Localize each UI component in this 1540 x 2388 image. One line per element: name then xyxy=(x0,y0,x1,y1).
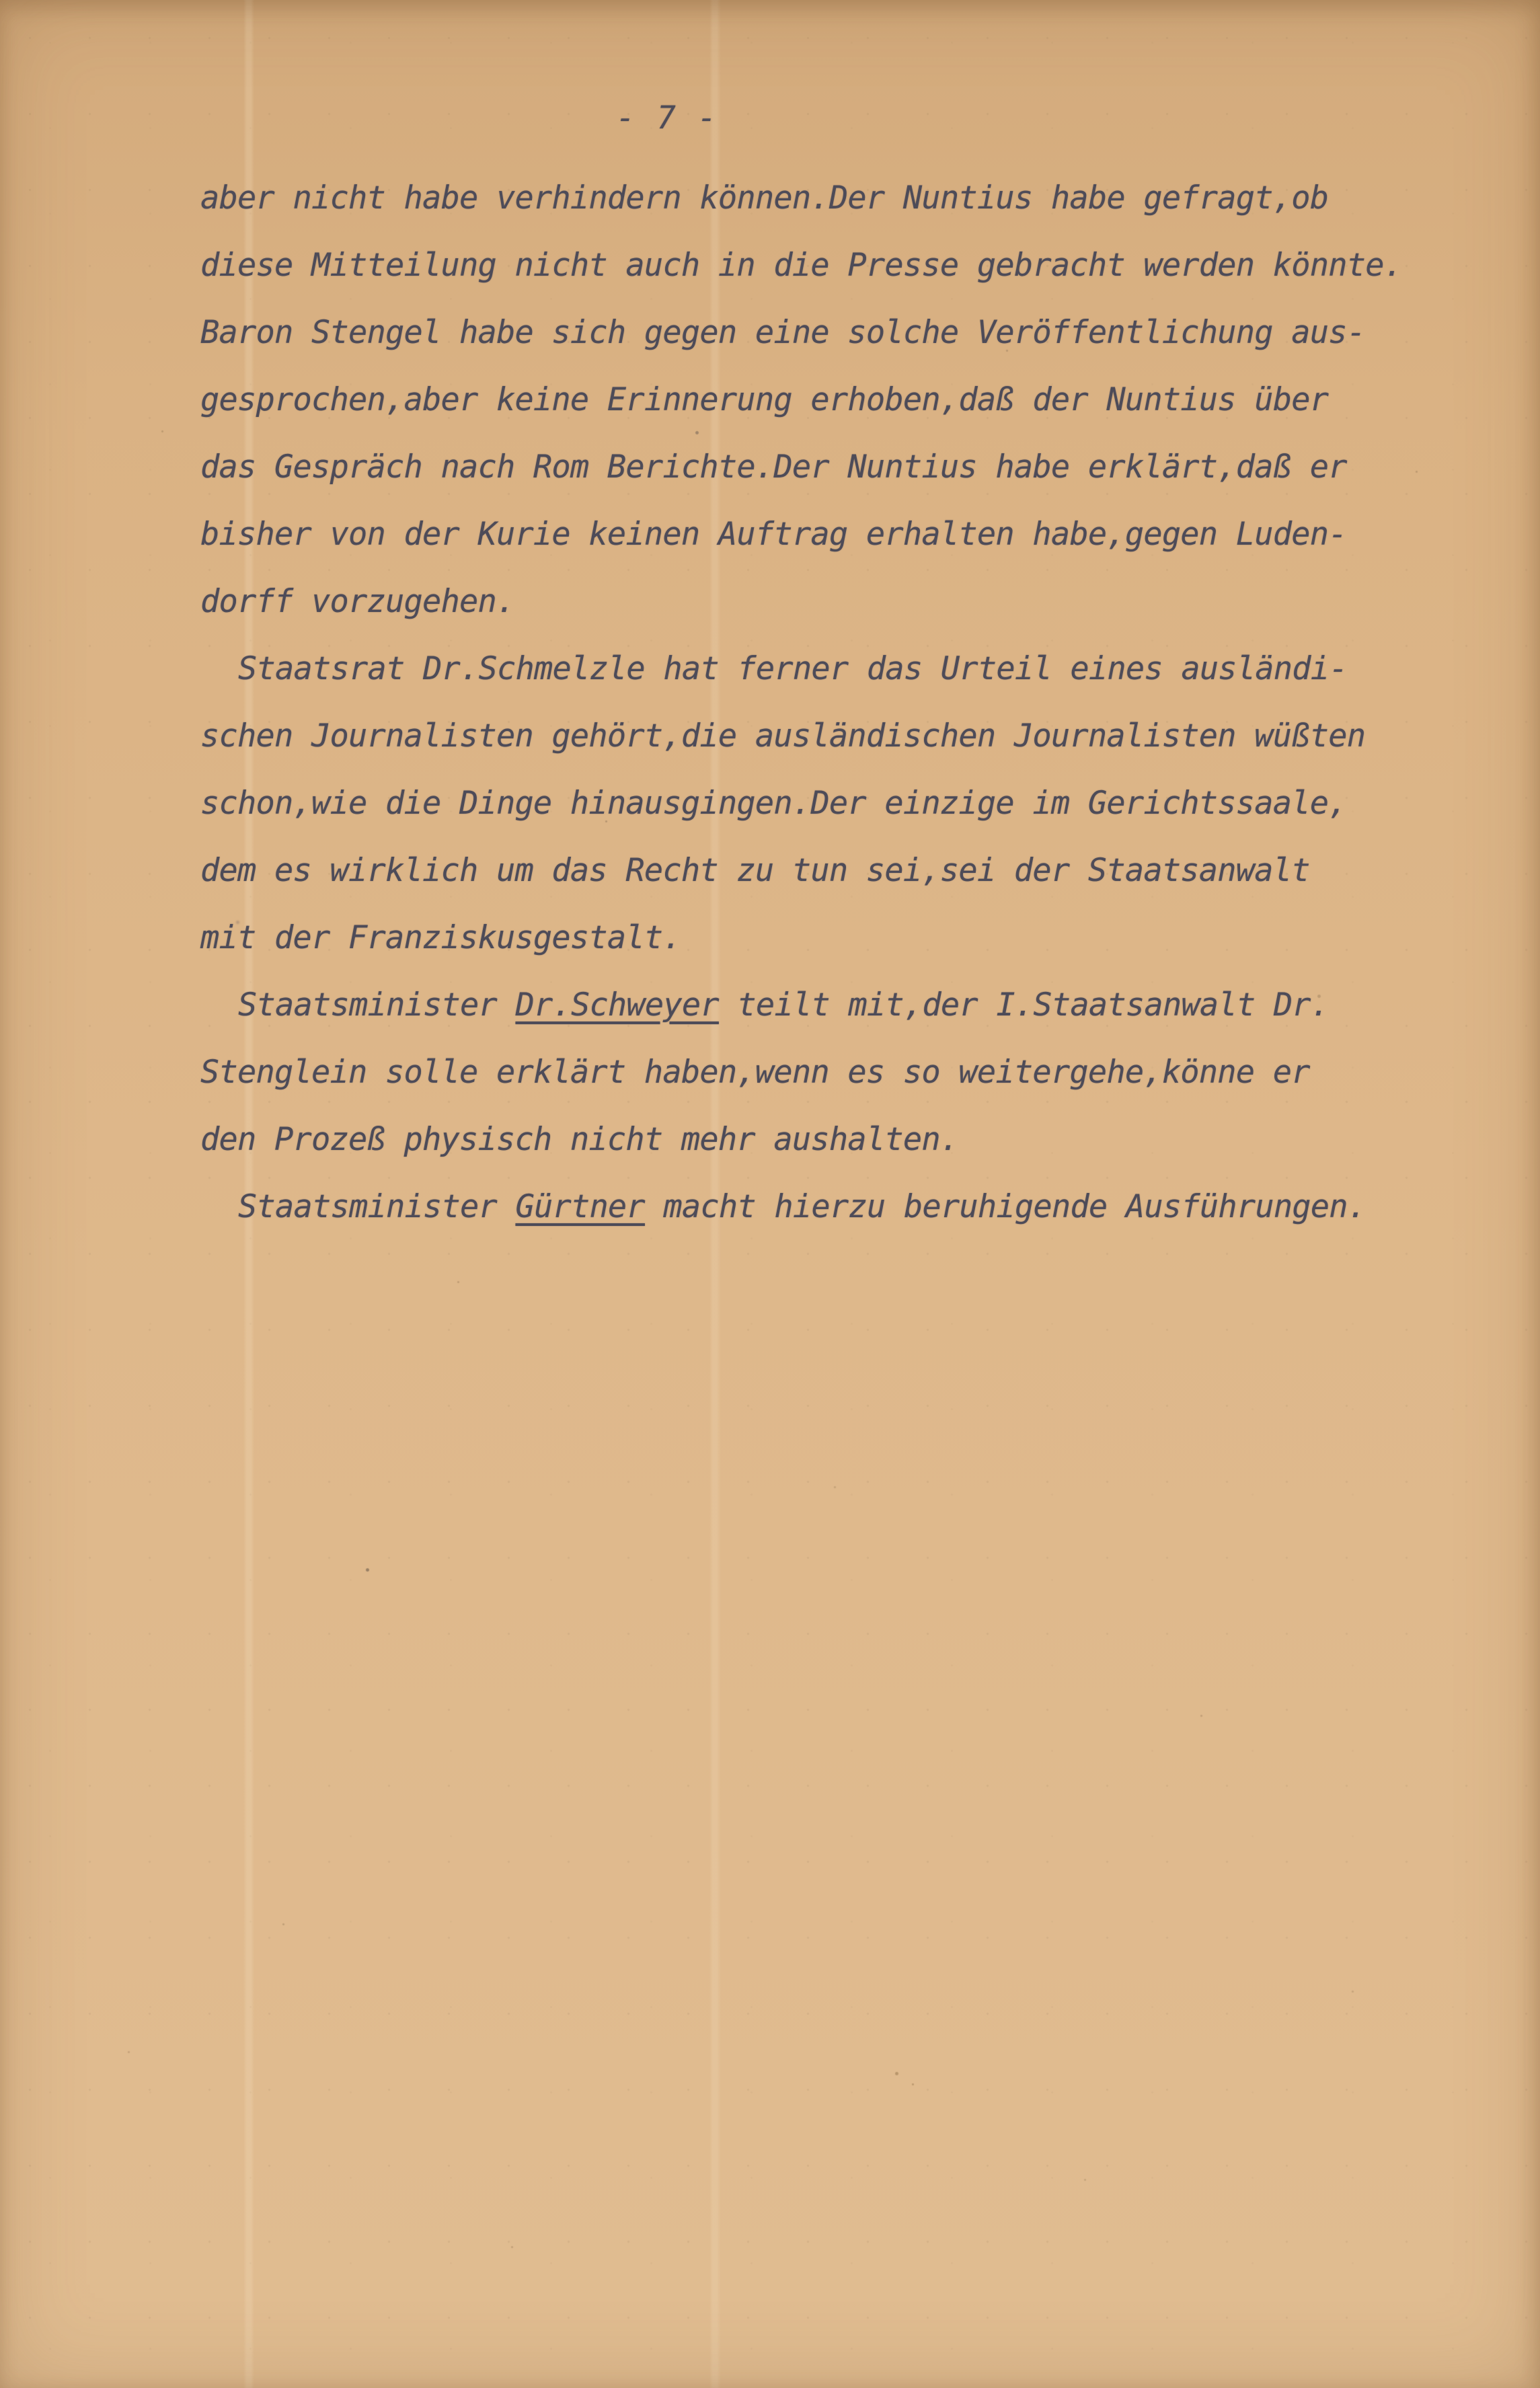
text-segment: bisher von der Kurie keinen Auftrag erha… xyxy=(200,516,1347,553)
text-line: Baron Stengel habe sich gegen eine solch… xyxy=(200,299,1438,367)
paper-speckles xyxy=(0,0,2,2)
text-line: den Prozeß physisch nicht mehr aushalten… xyxy=(200,1106,1438,1173)
text-segment: Staatsminister xyxy=(238,1188,515,1225)
text-segment: aber nicht habe verhindern können.Der Nu… xyxy=(200,180,1328,217)
text-segment: diese Mitteilung nicht auch in die Press… xyxy=(200,247,1402,284)
text-segment: Baron Stengel habe sich gegen eine solch… xyxy=(200,314,1365,351)
text-line: Staatsrat Dr.Schmelzle hat ferner das Ur… xyxy=(200,635,1438,703)
page-number: - 7 - xyxy=(616,100,718,137)
text-segment: Staatsrat Dr.Schmelzle hat ferner das Ur… xyxy=(238,650,1348,687)
underlined-name: Gürtner xyxy=(515,1188,644,1225)
document-page: - 7 - aber nicht habe verhindern können.… xyxy=(0,0,1540,2388)
text-segment: dorff vorzugehen. xyxy=(200,583,514,620)
text-line: Stenglein solle erklärt haben,wenn es so… xyxy=(200,1039,1438,1106)
text-segment: Staatsminister xyxy=(238,987,515,1024)
text-line: schon,wie die Dinge hinausgingen.Der ein… xyxy=(200,770,1438,837)
text-segment: teilt mit,der I.Staatsanwalt Dr. xyxy=(719,987,1329,1024)
text-line: Staatsminister Dr.Schweyer teilt mit,der… xyxy=(200,972,1438,1039)
text-segment: macht hierzu beruhigende Ausführungen. xyxy=(645,1188,1366,1225)
text-segment: den Prozeß physisch nicht mehr aushalten… xyxy=(200,1121,958,1158)
underlined-name: Dr.Schweyer xyxy=(515,987,718,1024)
text-line: gesprochen,aber keine Erinnerung erhoben… xyxy=(200,367,1438,434)
text-line: dem es wirklich um das Recht zu tun sei,… xyxy=(200,837,1438,904)
text-line: das Gespräch nach Rom Berichte.Der Nunti… xyxy=(200,434,1438,501)
text-segment: schon,wie die Dinge hinausgingen.Der ein… xyxy=(200,785,1347,822)
text-segment: gesprochen,aber keine Erinnerung erhoben… xyxy=(200,381,1328,418)
text-line: bisher von der Kurie keinen Auftrag erha… xyxy=(200,501,1438,568)
text-line: schen Journalisten gehört,die ausländisc… xyxy=(200,703,1438,770)
text-line: dorff vorzugehen. xyxy=(200,568,1438,635)
document-text: aber nicht habe verhindern können.Der Nu… xyxy=(200,165,1438,1241)
text-segment: das Gespräch nach Rom Berichte.Der Nunti… xyxy=(200,449,1347,486)
text-segment: dem es wirklich um das Recht zu tun sei,… xyxy=(200,852,1310,889)
text-line: aber nicht habe verhindern können.Der Nu… xyxy=(200,165,1438,232)
text-segment: schen Journalisten gehört,die ausländisc… xyxy=(200,718,1365,755)
text-segment: mit der Franziskusgestalt. xyxy=(200,919,681,956)
text-line: mit der Franziskusgestalt. xyxy=(200,904,1438,972)
text-line: diese Mitteilung nicht auch in die Press… xyxy=(200,232,1438,299)
text-segment: Stenglein solle erklärt haben,wenn es so… xyxy=(200,1054,1310,1091)
text-line: Staatsminister Gürtner macht hierzu beru… xyxy=(200,1173,1438,1241)
